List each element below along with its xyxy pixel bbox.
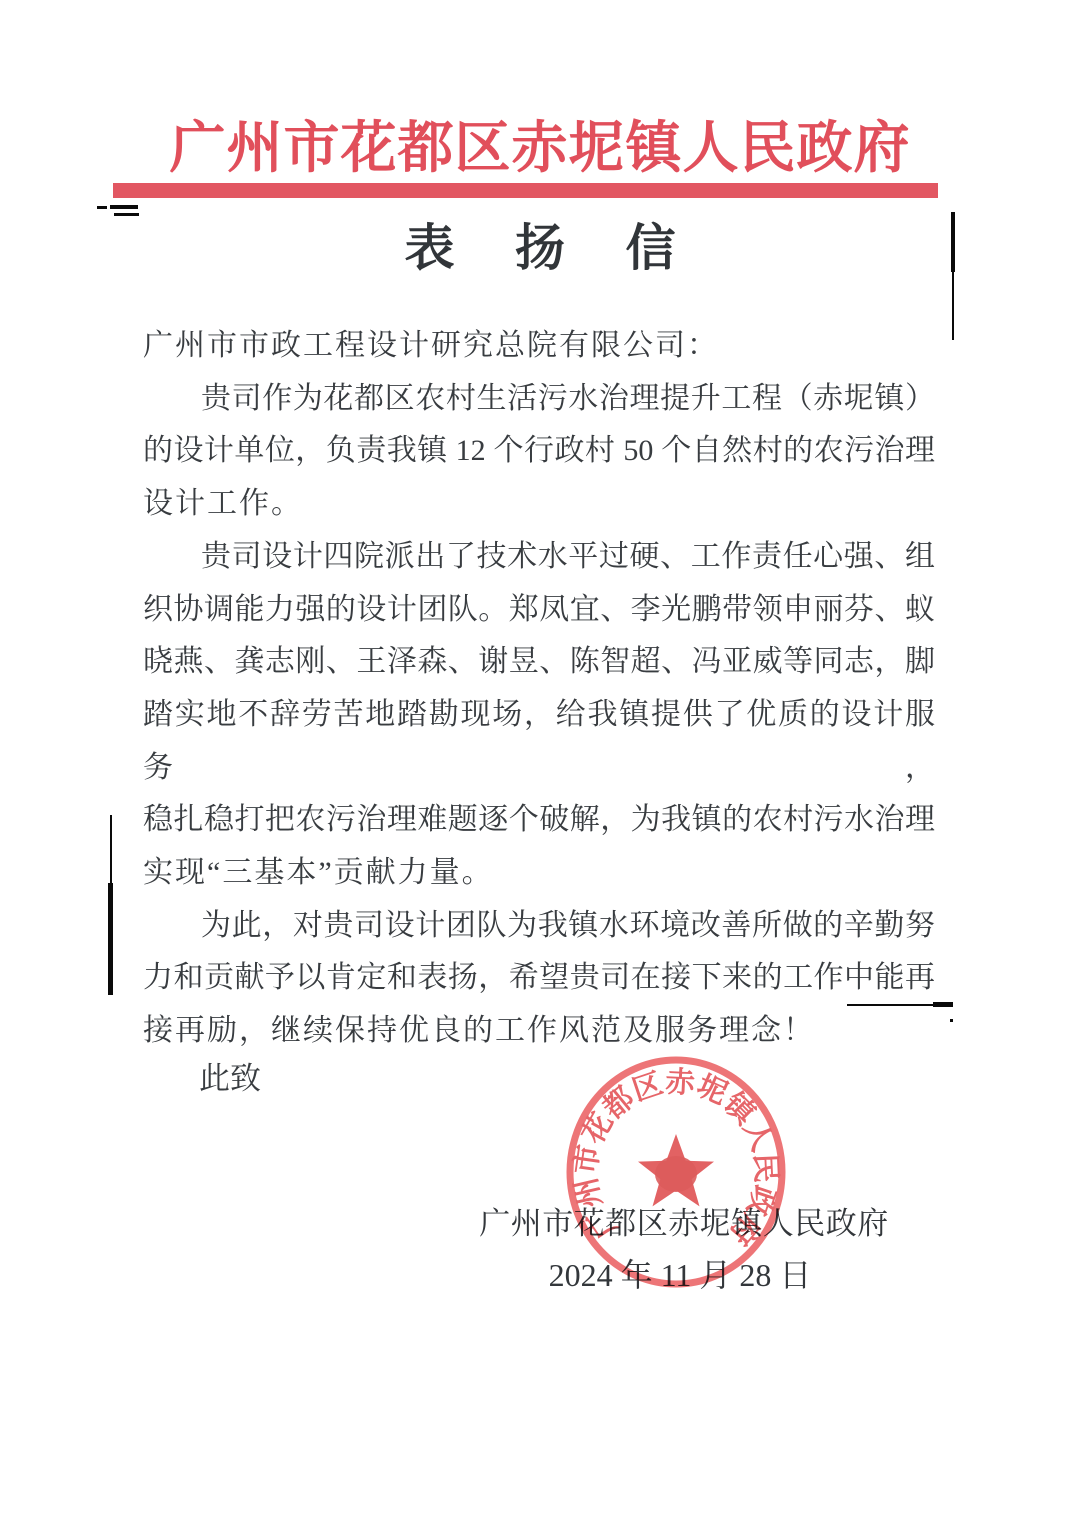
body-line: 实现“三基本”贡献力量。 [143,847,935,900]
scan-artifact-dash [114,213,139,216]
body-line: 踏实地不辞劳苦地踏勘现场，给我镇提供了优质的设计服务， [143,689,935,794]
body-line: 织协调能力强的设计团队。郑凤宜、李光鹏带领申丽芬、蚁 [143,584,935,637]
body-line: 的设计单位，负责我镇 12 个行政村 50 个自然村的农污治理 [143,425,935,478]
body-line: 贵司作为花都区农村生活污水治理提升工程（赤坭镇） [143,373,935,426]
scan-artifact-vertical-line [951,212,955,272]
closing-salutation: 此致 [199,1053,261,1098]
body-line: 稳扎稳打把农污治理难题逐个破解，为我镇的农村污水治理 [143,794,935,847]
letter-title: 表 扬 信 [0,208,1080,280]
scan-artifact-vertical-line [952,272,954,340]
body-line: 为此，对贵司设计团队为我镇水环境改善所做的辛勤努 [143,900,935,953]
scan-artifact-vertical-line [110,815,112,883]
body-lines: 贵司作为花都区农村生活污水治理提升工程（赤坭镇）的设计单位，负责我镇 12 个行… [143,373,935,1058]
official-seal-stamp: 广州市花都区赤坭镇人民政府 [560,1052,792,1292]
star-icon [638,1134,714,1206]
scan-artifact-dash [110,205,138,209]
body-line: 晓燕、龚志刚、王泽森、谢昱、陈智超、冯亚威等同志，脚 [143,636,935,689]
scan-artifact-horizontal-line [933,1002,953,1007]
letterhead-org-name: 广州市花都区赤坭镇人民政府 [0,104,1080,184]
letterhead-divider [113,183,938,198]
scan-artifact-vertical-line [108,883,113,995]
scan-artifact-dash [97,206,107,209]
body-line: 接再励，继续保持优良的工作风范及服务理念！ [143,1005,935,1058]
body-line: 力和贡献予以肯定和表扬，希望贵司在接下来的工作中能再 [143,952,935,1005]
commendation-letter-page: 广州市花都区赤坭镇人民政府 表 扬 信 广州市市政工程设计研究总院有限公司： 贵… [0,0,1080,1527]
recipient-line: 广州市市政工程设计研究总院有限公司： [143,320,935,373]
scan-artifact-dot [950,1019,953,1022]
scan-artifact-horizontal-line [847,1004,933,1006]
body-line: 设计工作。 [143,478,935,531]
body-line: 贵司设计四院派出了技术水平过硬、工作责任心强、组 [143,531,935,584]
letter-body: 广州市市政工程设计研究总院有限公司： 贵司作为花都区农村生活污水治理提升工程（赤… [143,320,935,1058]
